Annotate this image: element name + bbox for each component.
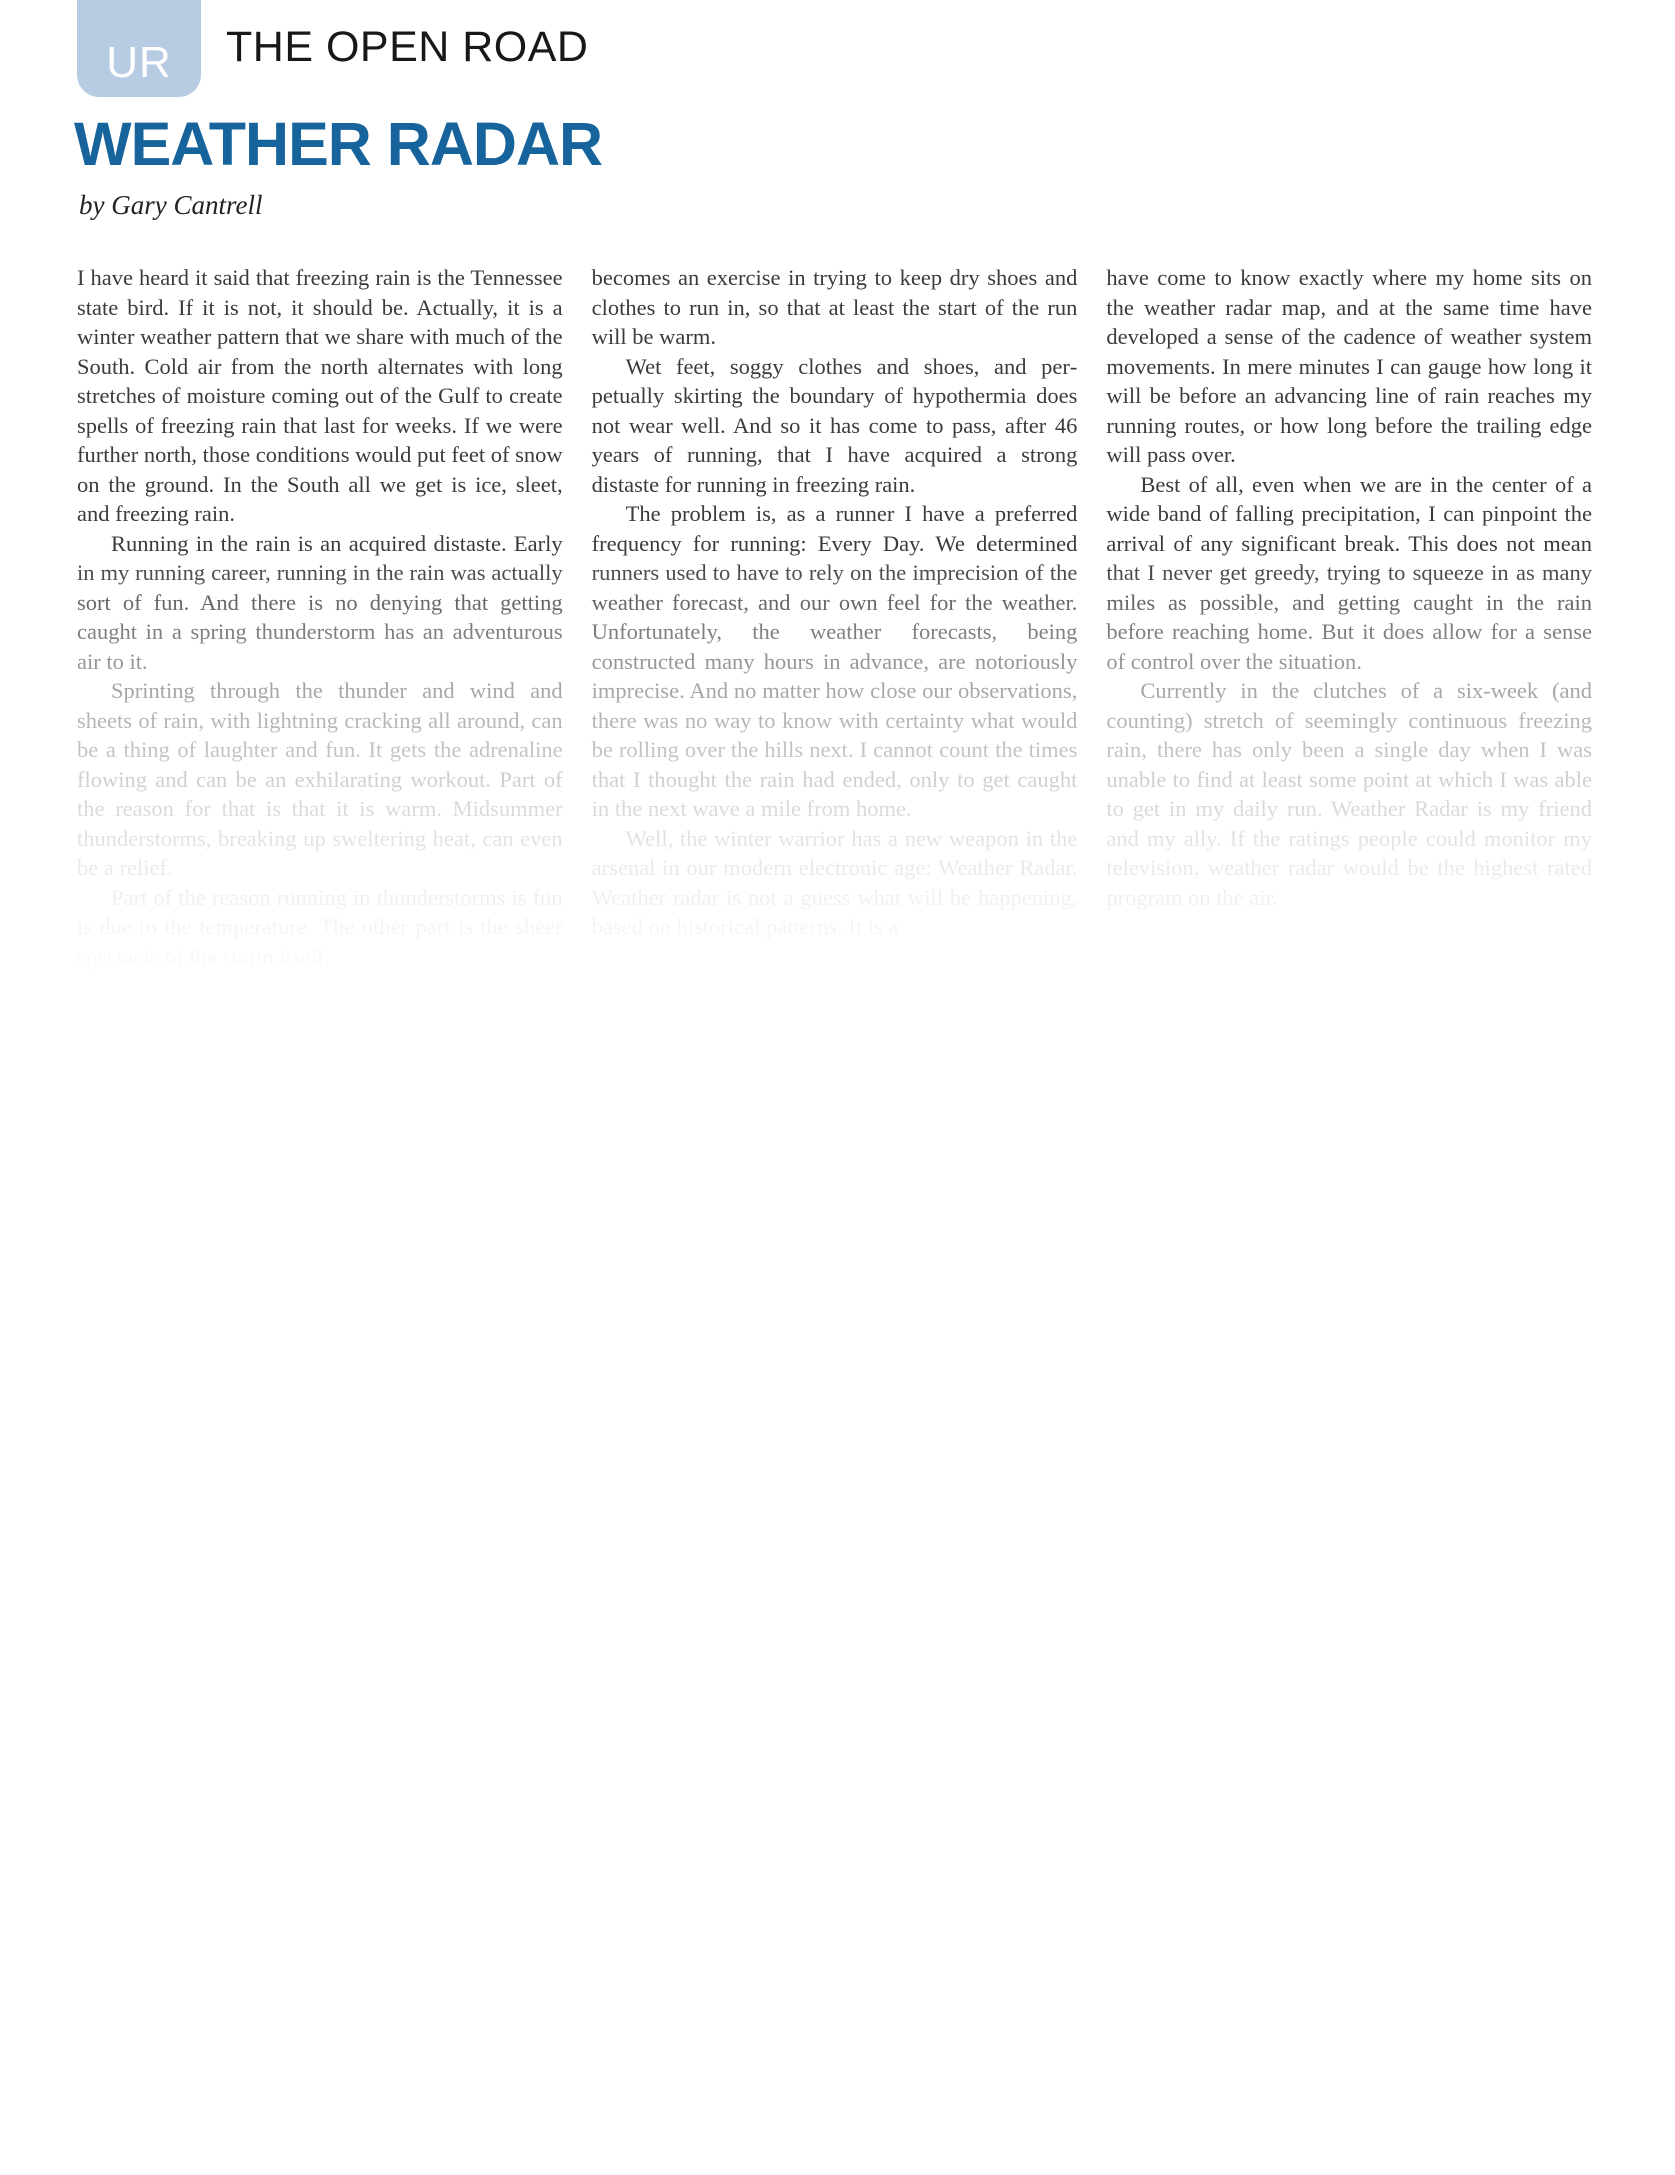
paragraph: becomes an exercise in trying to keep dr… [592,263,1078,352]
paragraph: The problem is, as a runner I have a pre… [592,499,1078,824]
byline: by Gary Cantrell [79,190,262,221]
paragraph: Running in the rain is an acquired dista… [77,529,563,677]
paragraph: Part of the reason running in thundersto… [77,883,563,972]
magazine-page: UR THE OPEN ROAD WEATHER RADAR by Gary C… [0,0,1675,2175]
paragraph: Wet feet, soggy clothes and shoes, and p… [592,352,1078,500]
paragraph: Best of all, even when we are in the cen… [1106,470,1592,677]
ur-logo-text: UR [106,41,172,85]
article-column-3: have come to know exactly where my home … [1106,263,1592,971]
paragraph: Well, the winter warrior has a new weapo… [592,824,1078,942]
article-columns: I have heard it said that freezing rain … [0,263,1675,971]
ur-logo-badge: UR [77,0,201,97]
article-column-2: becomes an exercise in trying to keep dr… [592,263,1078,971]
paragraph: Currently in the clutches of a six-week … [1106,676,1592,912]
paragraph: Sprinting through the thunder and wind a… [77,676,563,883]
paragraph: I have heard it said that freezing rain … [77,263,563,529]
article-column-1: I have heard it said that freezing rain … [77,263,563,971]
article-title: WEATHER RADAR [74,114,602,175]
article-body: I have heard it said that freezing rain … [0,263,1675,2175]
section-title: THE OPEN ROAD [226,26,589,69]
paragraph: have come to know exactly where my home … [1106,263,1592,470]
